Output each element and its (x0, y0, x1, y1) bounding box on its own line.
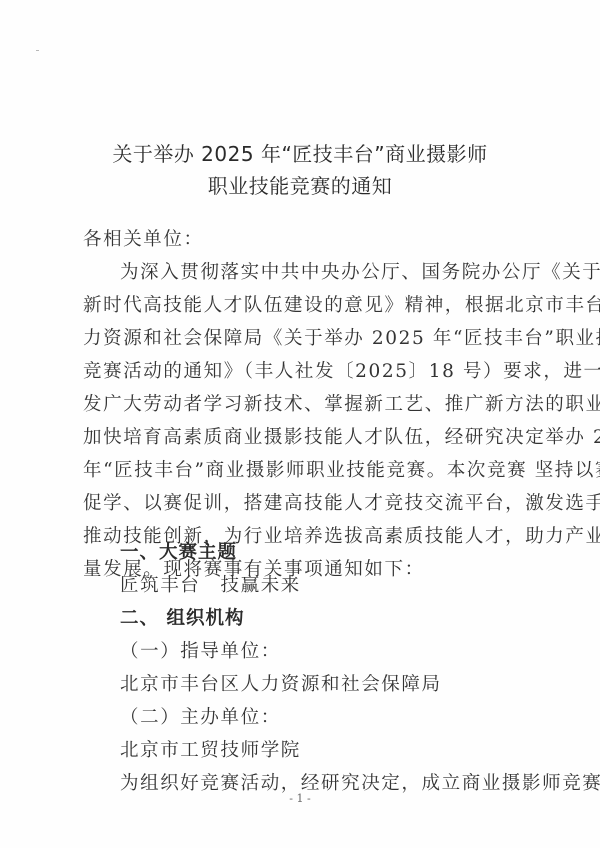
scan-mark (36, 50, 39, 51)
paragraph-line: 为深入贯彻落实中共中央办公厅、国务院办公厅《关于加强 (120, 258, 525, 284)
theme-text: 匠筑丰台 技赢未来 (120, 571, 525, 597)
page-number: - 1 - (0, 792, 600, 805)
salutation: 各相关单位： (83, 225, 525, 251)
section-heading-organization: 二、 组织机构 (120, 604, 525, 630)
paragraph-line: 竞赛活动的通知》（丰人社发〔2025〕18 号）要求，进一步激 (83, 357, 525, 383)
document-page: 关于举办 2025 年“匠技丰台”商业摄影师 职业技能竞赛的通知 各相关单位： … (0, 0, 600, 848)
paragraph-line: 加快培育高素质商业摄影技能人才队伍，经研究决定举办 2025 (83, 423, 525, 449)
paragraph-line: 年“匠技丰台”商业摄影师职业技能竞赛。本次竞赛 坚持以赛 (83, 456, 525, 482)
section-heading-theme: 一、大赛主题 (120, 538, 525, 564)
document-title-line-1: 关于举办 2025 年“匠技丰台”商业摄影师 (0, 138, 600, 167)
paragraph-line: 力资源和社会保障局《关于举办 2025 年“匠技丰台”职业技能 (83, 324, 525, 350)
paragraph-line: 促学、以赛促训，搭建高技能人才竞技交流平台，激发选手潜能， (83, 489, 525, 515)
document-title-line-2: 职业技能竞赛的通知 (0, 170, 600, 199)
paragraph-line: 发广大劳动者学习新技术、掌握新工艺、推广新方法的职业热情， (83, 390, 525, 416)
paragraph-line: 新时代高技能人才队伍建设的意见》精神，根据北京市丰台区人 (83, 291, 525, 317)
host-unit-value: 北京市工贸技师学院 (120, 736, 525, 762)
guiding-unit-value: 北京市丰台区人力资源和社会保障局 (120, 670, 525, 696)
subsection-heading-guiding-unit: （一）指导单位： (120, 637, 525, 663)
subsection-heading-host-unit: （二）主办单位： (120, 703, 525, 729)
